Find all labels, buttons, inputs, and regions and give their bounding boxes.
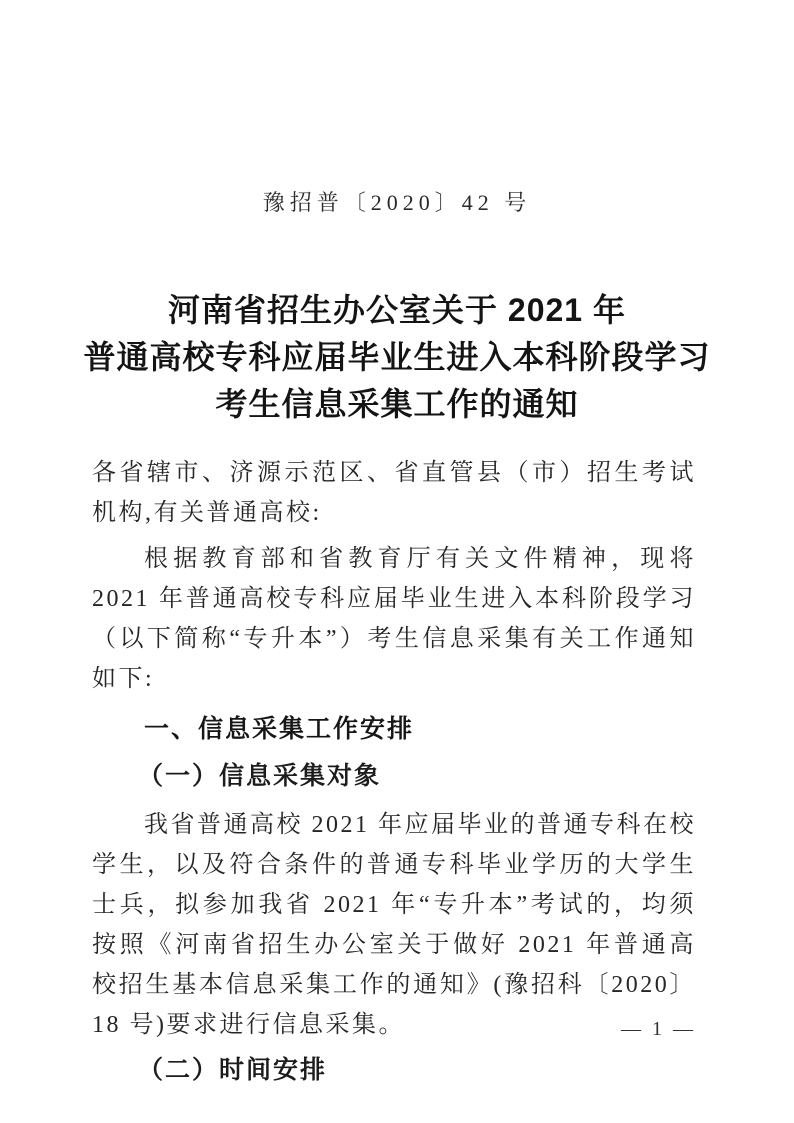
doc-number: 豫招普〔2020〕42 号 bbox=[0, 186, 794, 217]
document-body: 各省辖市、济源示范区、省直管县（市）招生考试机构,有关普通高校: 根据教育部和省… bbox=[92, 453, 696, 1099]
title-line-3: 考生信息采集工作的通知 bbox=[0, 381, 794, 428]
title-line-1: 河南省招生办公室关于 2021 年 bbox=[0, 287, 794, 334]
section-1-1-heading: （一）信息采集对象 bbox=[92, 757, 696, 797]
document-title: 河南省招生办公室关于 2021 年 普通高校专科应届毕业生进入本科阶段学习 考生… bbox=[0, 287, 794, 428]
document-page: 豫招普〔2020〕42 号 河南省招生办公室关于 2021 年 普通高校专科应届… bbox=[0, 0, 794, 1123]
section-1-2-heading: （二）时间安排 bbox=[92, 1051, 696, 1091]
title-line-2: 普通高校专科应届毕业生进入本科阶段学习 bbox=[0, 334, 794, 381]
page-number: — 1 — bbox=[621, 1018, 696, 1041]
salutation: 各省辖市、济源示范区、省直管县（市）招生考试机构,有关普通高校: bbox=[92, 453, 696, 533]
section-1-1-body: 我省普通高校 2021 年应届毕业的普通专科在校学生，以及符合条件的普通专科毕业… bbox=[92, 805, 696, 1045]
section-1-heading: 一、信息采集工作安排 bbox=[92, 709, 696, 749]
intro-paragraph: 根据教育部和省教育厅有关文件精神，现将 2021 年普通高校专科应届毕业生进入本… bbox=[92, 539, 696, 699]
